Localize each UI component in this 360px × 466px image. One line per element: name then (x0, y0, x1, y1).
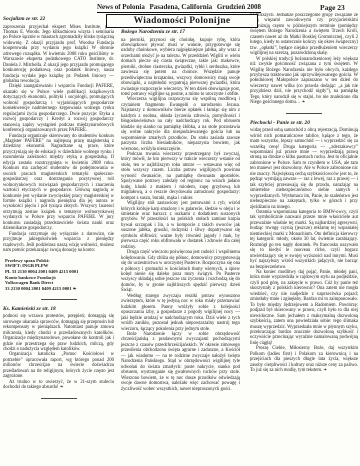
article-paragraph: Ostatnia wspomniana kategoria to BMW-owc… (250, 210, 358, 270)
article-paragraph: najbliższych. Jednakże poszczególne grup… (250, 13, 358, 57)
article-paragraph: Druga część wieczoru poświęcona jest rad… (121, 250, 240, 294)
masthead-paper-name: News of Polonia (97, 3, 145, 11)
page-number-label: Page 23 (320, 4, 345, 12)
article-paragraph: Proszę Ciebie, Miłosierny Boże, daj wszy… (250, 346, 358, 373)
masthead: News of Polonia Pasadena, California Gru… (97, 3, 261, 13)
column-left: Socjalizm ze str. 22 zaproszenia przyjec… (3, 16, 114, 464)
article-paragraph: Organizacja katolicka „Pomoc Kościołowi … (3, 352, 114, 379)
column-divider (286, 113, 322, 114)
article-paragraph: Na koniec modlitwy daj pojąć, Panie, mło… (250, 270, 358, 346)
bank-transfer-info: Przelewy spoza Polski: SWIFT: INGB PLPW … (5, 258, 114, 292)
article-paragraph: Aż trudno w to uwierzyć, że w 21-szym st… (3, 380, 114, 391)
article-paragraph: widzę przed sobą samochód z obcą rejestr… (250, 128, 358, 210)
masthead-date: Grudzień 2008 (217, 3, 261, 11)
article-paragraph: Fundacja utrzymuje się wyłącznie z darow… (3, 232, 114, 254)
column-divider (41, 398, 77, 399)
article-heading-piechocki: Piechocki - Panie ze str. 20 (250, 120, 358, 127)
article-paragraph: W polskiej tradycji bożonarodzeniowej le… (250, 57, 358, 106)
article-paragraph: zaproszenia przyjechał ekspert Mises Ins… (3, 25, 114, 85)
article-paragraph: Wieczerza wigilijna rozpoczyna się wspól… (121, 97, 240, 152)
article-paragraph: Według starego zwyczaju resztki potraw w… (121, 294, 240, 332)
article-paragraph: Fundacja organizuje skierowany do studen… (3, 134, 114, 232)
bank-account-number: 33 2130 0004 2001 0409 4215 0001 ❧ (5, 286, 114, 292)
article-paragraph: podnosi się wrzawa protestów, potępień; … (3, 314, 114, 352)
article-paragraph: Wigilijny stół zastawiony jest potrawami… (121, 201, 240, 250)
column-divider (41, 299, 77, 300)
section-title: Wiadomości Polonijne (134, 16, 231, 26)
column-middle: Bożego Narodzenia ze str. 17 na pierniki… (121, 29, 240, 465)
article-paragraph: Dzięki zaangażowaniu i wsparciu Fundacji… (3, 84, 114, 133)
article-heading-bozego-narodzenia: Bożego Narodzenia ze str. 17 (121, 29, 240, 36)
article-paragraph: na pierniki, przynosi się choinkę, kupuj… (121, 38, 240, 98)
article-paragraph: Podczas trwania wieczerzy przestrzegany … (121, 152, 240, 201)
masthead-location: Pasadena, California (150, 3, 213, 11)
column-right: najbliższych. Jednakże poszczególne grup… (250, 13, 358, 465)
article-heading-socjalizm: Socjalizm ze str. 22 (3, 16, 114, 23)
article-paragraph: Boże Narodzenie łączy w sobie obrzędowoś… (121, 332, 240, 392)
article-heading-kamienski: Ks. Kamieński ze str. 18 (3, 306, 114, 313)
section-title-box: Wiadomości Polonijne (106, 14, 258, 28)
